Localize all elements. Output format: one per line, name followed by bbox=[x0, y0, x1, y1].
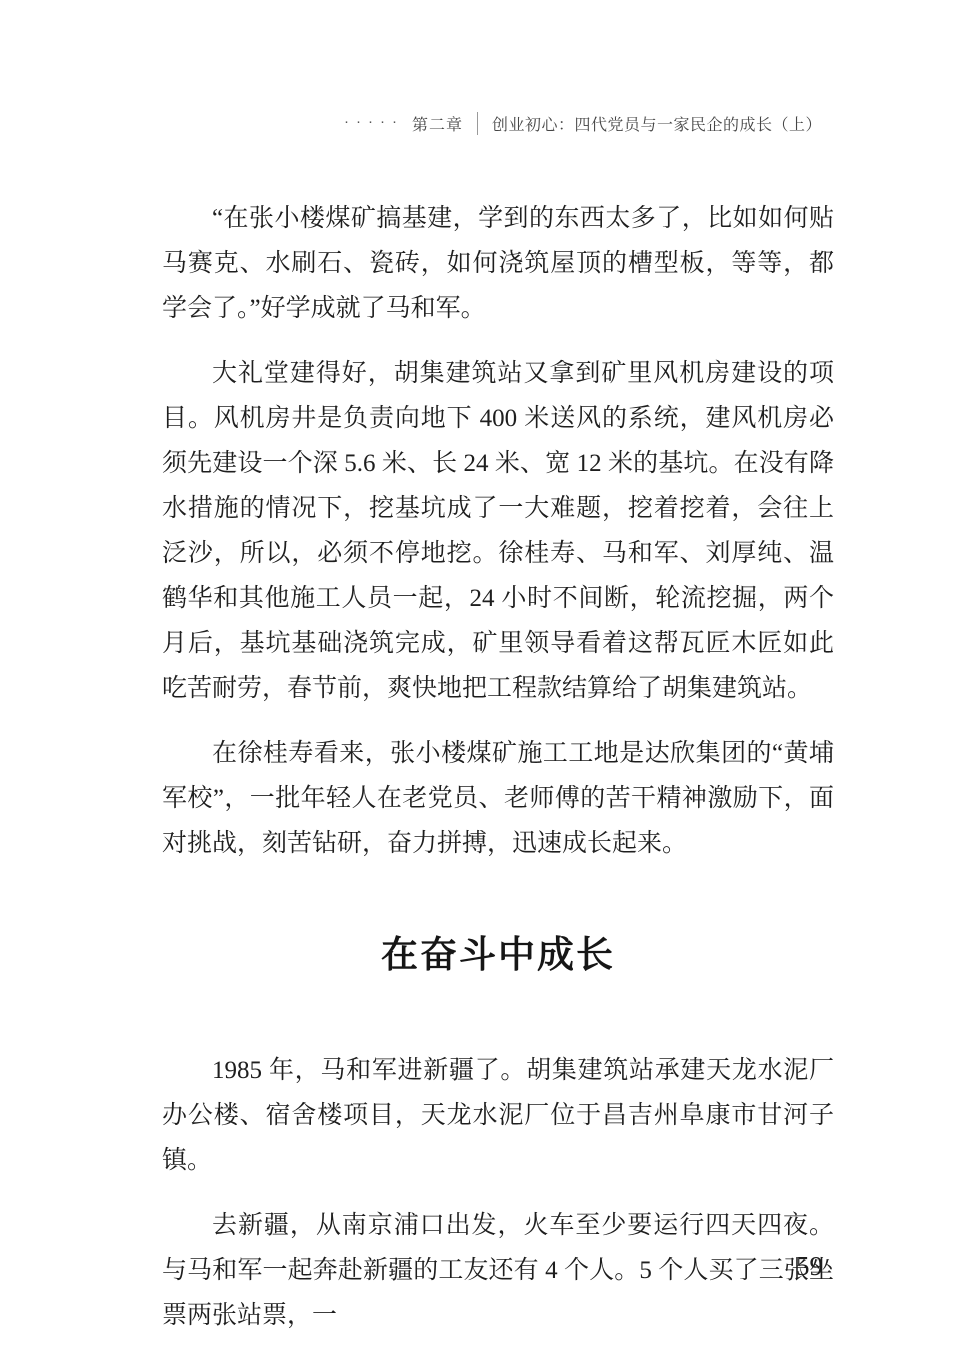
header-dots: ····· bbox=[344, 114, 404, 129]
chapter-title: 创业初心：四代党员与一家民企的成长（上） bbox=[492, 112, 822, 135]
section-heading: 在奋斗中成长 bbox=[162, 930, 834, 982]
header-divider bbox=[477, 112, 478, 135]
body-paragraph: 大礼堂建得好，胡集建筑站又拿到矿里风机房建设的项目。风机房井是负责向地下 400… bbox=[162, 351, 834, 711]
page-number: 59 bbox=[796, 1250, 823, 1282]
body-paragraph: “在张小楼煤矿搞基建，学到的东西太多了，比如如何贴马赛克、水刷石、瓷砖，如何浇筑… bbox=[162, 196, 834, 331]
book-page: ····· 第二章 创业初心：四代党员与一家民企的成长（上） “在张小楼煤矿搞基… bbox=[0, 0, 964, 1361]
page-body: “在张小楼煤矿搞基建，学到的东西太多了，比如如何贴马赛克、水刷石、瓷砖，如何浇筑… bbox=[162, 196, 834, 1358]
running-header: ····· 第二章 创业初心：四代党员与一家民企的成长（上） bbox=[162, 112, 834, 135]
body-paragraph: 在徐桂寿看来，张小楼煤矿施工工地是达欣集团的“黄埔军校”，一批年轻人在老党员、老… bbox=[162, 731, 834, 866]
chapter-label: 第二章 bbox=[412, 112, 463, 135]
body-paragraph: 去新疆，从南京浦口出发，火车至少要运行四天四夜。与马和军一起奔赴新疆的工友还有 … bbox=[162, 1203, 834, 1338]
body-paragraph: 1985 年，马和军进新疆了。胡集建筑站承建天龙水泥厂办公楼、宿舍楼项目，天龙水… bbox=[162, 1048, 834, 1183]
